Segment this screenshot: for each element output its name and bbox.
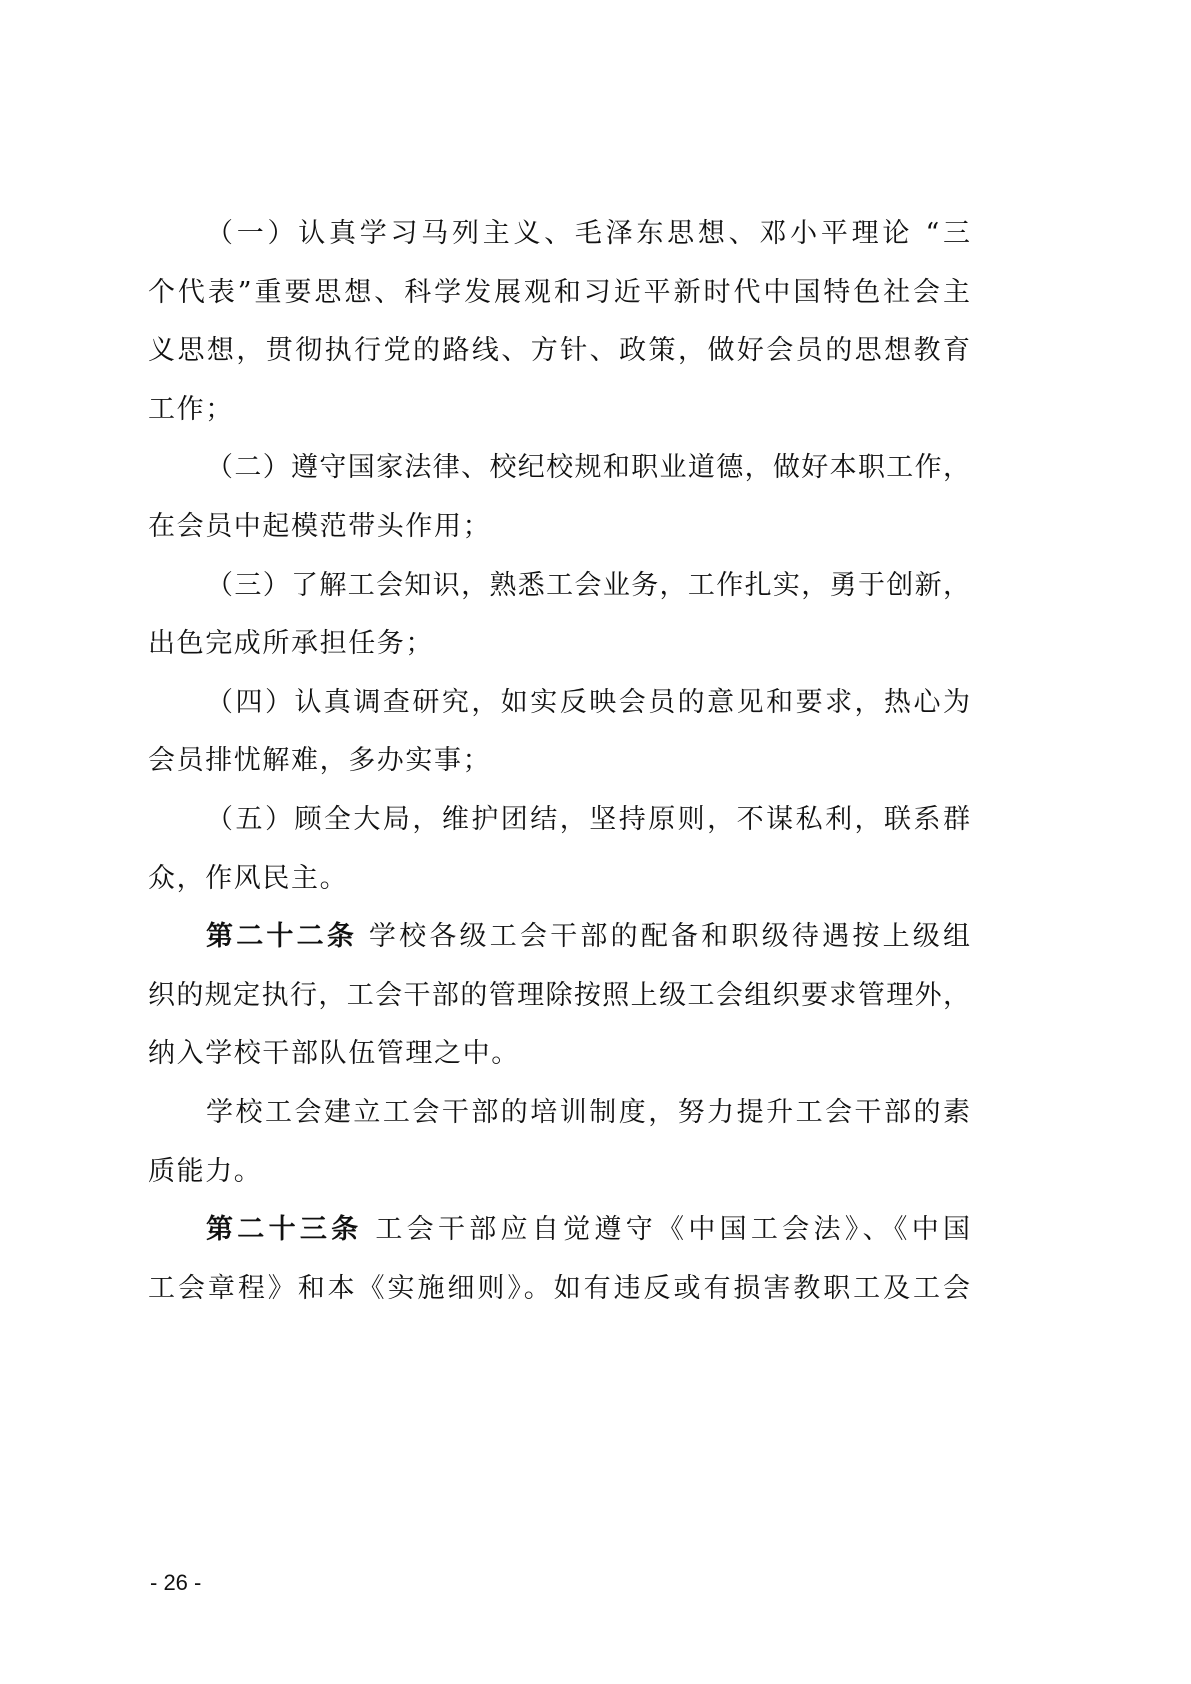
text-line: 众，作风民主。 <box>148 850 970 909</box>
article-23: 第二十三条 工会干部应自觉遵守《中国工会法》、《中国 工会章程》和本《实施细则》… <box>148 1201 970 1318</box>
article-22: 第二十二条 学校各级工会干部的配备和职级待遇按上级组 织的规定执行，工会干部的管… <box>148 908 970 1084</box>
text-line: （五）顾全大局，维护团结，坚持原则，不谋私利，联系群 <box>148 791 970 850</box>
document-page: （一）认真学习马列主义、毛泽东思想、邓小平理论 “三 个代表”重要思想、科学发展… <box>0 0 1191 1684</box>
list-item-5: （五）顾全大局，维护团结，坚持原则，不谋私利，联系群 众，作风民主。 <box>148 791 970 908</box>
article-22-continuation: 学校工会建立工会干部的培训制度，努力提升工会干部的素 质能力。 <box>148 1084 970 1201</box>
article-text: 学校各级工会干部的配备和职级待遇按上级组 <box>357 921 970 952</box>
text-line: （四）认真调查研究，如实反映会员的意见和要求，热心为 <box>148 674 970 733</box>
text-line: 纳入学校干部队伍管理之中。 <box>148 1025 970 1084</box>
text-line: 工会章程》和本《实施细则》。如有违反或有损害教职工及工会 <box>148 1260 970 1319</box>
article-heading: 第二十三条 <box>206 1214 362 1245</box>
text-line: （一）认真学习马列主义、毛泽东思想、邓小平理论 “三 <box>148 205 970 264</box>
text-line: 个代表”重要思想、科学发展观和习近平新时代中国特色社会主 <box>148 264 970 323</box>
document-body: （一）认真学习马列主义、毛泽东思想、邓小平理论 “三 个代表”重要思想、科学发展… <box>148 205 970 1318</box>
text-line: 第二十二条 学校各级工会干部的配备和职级待遇按上级组 <box>148 908 970 967</box>
page-number: - 26 - <box>150 1570 201 1596</box>
text-line: （三）了解工会知识，熟悉工会业务，工作扎实，勇于创新， <box>148 557 970 616</box>
text-line: 学校工会建立工会干部的培训制度，努力提升工会干部的素 <box>148 1084 970 1143</box>
article-text: 工会干部应自觉遵守《中国工会法》、《中国 <box>362 1214 970 1245</box>
list-item-4: （四）认真调查研究，如实反映会员的意见和要求，热心为 会员排忧解难，多办实事； <box>148 674 970 791</box>
text-line: 义思想，贯彻执行党的路线、方针、政策，做好会员的思想教育 <box>148 322 970 381</box>
list-item-1: （一）认真学习马列主义、毛泽东思想、邓小平理论 “三 个代表”重要思想、科学发展… <box>148 205 970 439</box>
text-line: 在会员中起模范带头作用； <box>148 498 970 557</box>
list-item-3: （三）了解工会知识，熟悉工会业务，工作扎实，勇于创新， 出色完成所承担任务； <box>148 557 970 674</box>
text-line: 织的规定执行，工会干部的管理除按照上级工会组织要求管理外， <box>148 967 970 1026</box>
list-item-2: （二）遵守国家法律、校纪校规和职业道德，做好本职工作， 在会员中起模范带头作用； <box>148 439 970 556</box>
article-heading: 第二十二条 <box>206 921 357 952</box>
text-line: 第二十三条 工会干部应自觉遵守《中国工会法》、《中国 <box>148 1201 970 1260</box>
text-line: 质能力。 <box>148 1143 970 1202</box>
text-line: 出色完成所承担任务； <box>148 615 970 674</box>
text-line: 工作； <box>148 381 970 440</box>
text-line: （二）遵守国家法律、校纪校规和职业道德，做好本职工作， <box>148 439 970 498</box>
text-line: 会员排忧解难，多办实事； <box>148 732 970 791</box>
